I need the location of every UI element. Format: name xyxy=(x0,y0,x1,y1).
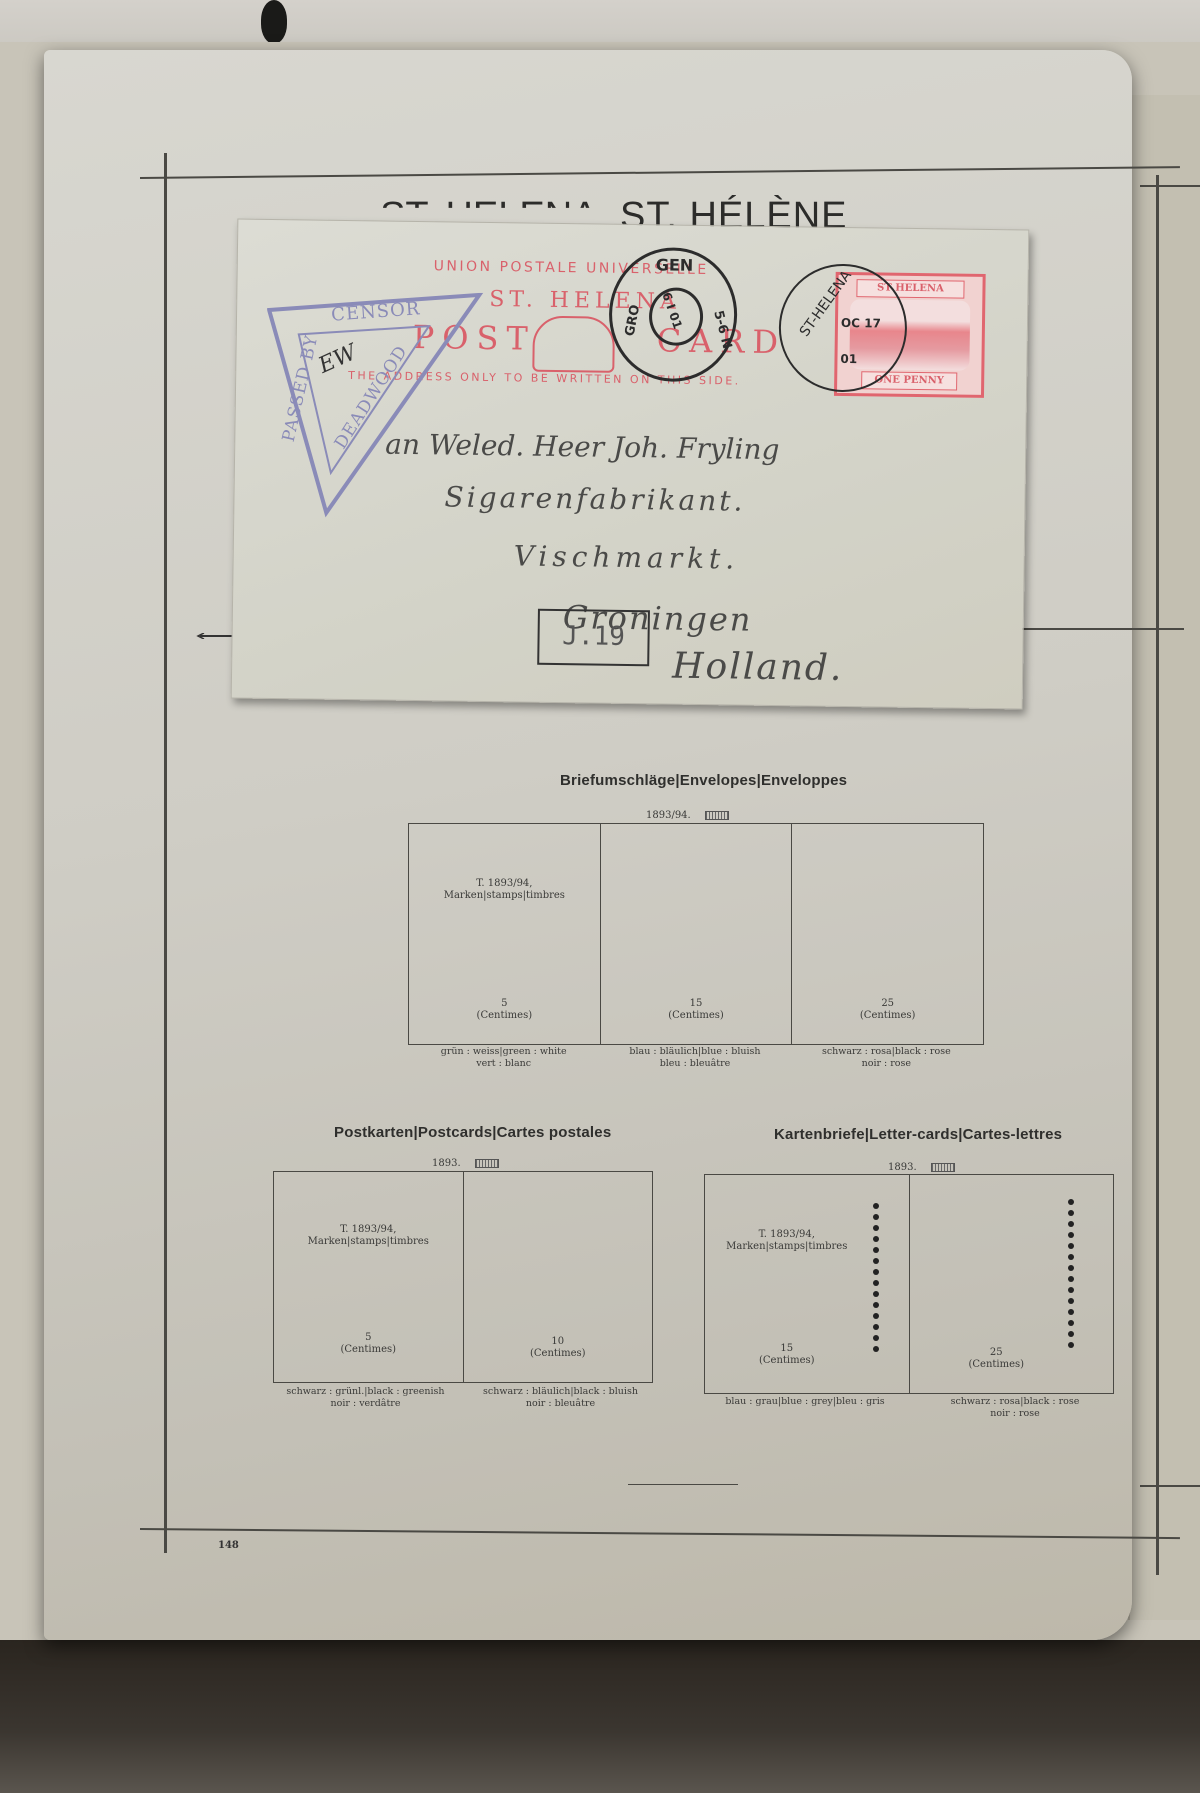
arrow-left-icon xyxy=(196,633,236,639)
year-label: 1893/94. xyxy=(646,810,691,821)
stamp-space: T. 1893/94,Marken|stamps|timbres 5(Centi… xyxy=(409,824,601,1044)
table-shadow xyxy=(0,1640,1200,1793)
color-caption: grün : weiss|green : whitevert : blanc xyxy=(408,1046,599,1070)
page-small-rule xyxy=(628,1484,738,1485)
framed-mark: J.19 xyxy=(537,609,650,667)
denomination: 5(Centimes) xyxy=(274,1332,463,1356)
ruler-icon xyxy=(705,811,729,820)
color-caption: schwarz : bläulich|black : bluishnoir : … xyxy=(463,1386,658,1410)
perforation-dots-icon xyxy=(1068,1199,1074,1348)
postmark-year: 01 xyxy=(840,352,857,366)
section-title-postcards: Postkarten|Postcards|Cartes postales xyxy=(334,1124,611,1141)
postcards-captions: schwarz : grünl.|black : greenishnoir : … xyxy=(268,1386,658,1410)
year-label: 1893. xyxy=(888,1162,917,1173)
page-frame-left xyxy=(164,153,167,1553)
year-label: 1893. xyxy=(432,1158,461,1169)
denomination: 15(Centimes) xyxy=(705,1343,869,1367)
color-caption: schwarz : rosa|black : rosenoir : rose xyxy=(910,1396,1120,1420)
stamp-space: 25(Centimes) xyxy=(792,824,983,1044)
ruler-icon xyxy=(475,1159,499,1168)
denomination: 5(Centimes) xyxy=(409,998,600,1022)
section-year: 1893. xyxy=(432,1158,499,1169)
denomination: 15(Centimes) xyxy=(601,998,792,1022)
ruler-icon xyxy=(931,1163,955,1172)
type-note: T. 1893/94,Marken|stamps|timbres xyxy=(705,1229,869,1253)
address-line: an Weled. Heer Joh. Fryling xyxy=(385,428,780,467)
section-title-envelopes: Briefumschläge|Envelopes|Enveloppes xyxy=(560,772,847,789)
perforation-dots-icon xyxy=(873,1203,879,1352)
denomination: 25(Centimes) xyxy=(910,1347,1084,1371)
envelopes-captions: grün : weiss|green : whitevert : blanc b… xyxy=(408,1046,982,1070)
postmark-date: OC 17 xyxy=(841,316,881,331)
denomination: 10(Centimes) xyxy=(464,1336,653,1360)
page-number: 148 xyxy=(218,1540,239,1551)
page-border-line xyxy=(1140,1485,1200,1487)
postcards-grid: T. 1893/94,Marken|stamps|timbres 5(Centi… xyxy=(273,1171,653,1383)
denomination: 25(Centimes) xyxy=(792,998,983,1022)
postmark-text: GEN xyxy=(656,255,694,275)
color-caption: schwarz : rosa|black : rosenoir : rose xyxy=(791,1046,982,1070)
stamp-space: 25(Centimes) xyxy=(910,1175,1114,1393)
page-border-line xyxy=(1156,175,1159,1575)
type-note: T. 1893/94,Marken|stamps|timbres xyxy=(409,878,600,902)
address-line: Sigarenfabrikant. xyxy=(444,480,745,517)
envelopes-grid: T. 1893/94,Marken|stamps|timbres 5(Centi… xyxy=(408,823,984,1045)
type-note: T. 1893/94,Marken|stamps|timbres xyxy=(274,1224,463,1248)
page-frame-bottom xyxy=(140,1528,1180,1539)
address-line: Vischmarkt. xyxy=(513,539,739,575)
binder-hole xyxy=(261,0,287,44)
color-caption: blau : bläulich|blue : bluishbleu : bleu… xyxy=(599,1046,790,1070)
section-year: 1893. xyxy=(888,1162,955,1173)
page-frame-top xyxy=(140,166,1180,179)
letter-cards-grid: T. 1893/94,Marken|stamps|timbres 15(Cent… xyxy=(704,1174,1114,1394)
color-caption: schwarz : grünl.|black : greenishnoir : … xyxy=(268,1386,463,1410)
royal-arms-icon xyxy=(532,316,615,373)
address-line: Holland. xyxy=(672,646,844,689)
color-caption: blau : grau|blue : grey|bleu : gris xyxy=(700,1396,910,1420)
album-next-page-edge xyxy=(1128,95,1200,1620)
page-border-line xyxy=(1140,185,1200,187)
stamp-space: T. 1893/94,Marken|stamps|timbres 5(Centi… xyxy=(274,1172,464,1382)
section-title-letter-cards: Kartenbriefe|Letter-cards|Cartes-lettres xyxy=(774,1126,1062,1143)
letter-cards-captions: blau : grau|blue : grey|bleu : gris schw… xyxy=(700,1396,1120,1420)
stamp-space: 15(Centimes) xyxy=(601,824,793,1044)
stamp-space: T. 1893/94,Marken|stamps|timbres 15(Cent… xyxy=(705,1175,910,1393)
section-year: 1893/94. xyxy=(646,810,729,821)
postal-card: UNION POSTALE UNIVERSELLE ST. HELENA POS… xyxy=(231,218,1030,709)
stamp-space: 10(Centimes) xyxy=(464,1172,653,1382)
